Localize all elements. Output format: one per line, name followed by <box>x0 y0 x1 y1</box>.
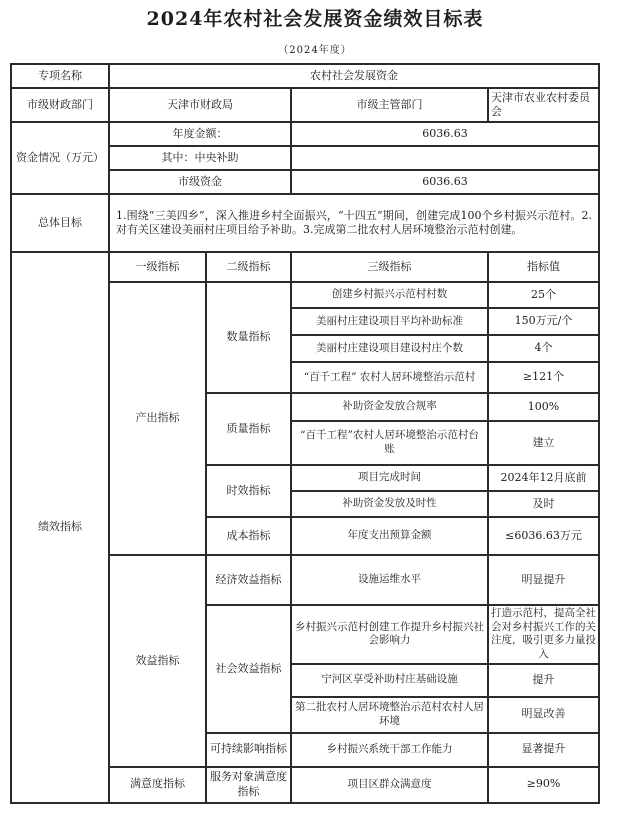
fund-annual-label: 年度金额： <box>109 122 291 146</box>
fund-central-value <box>291 146 599 170</box>
supervisor-dept-value: 天津市农业农村委员会 <box>488 88 599 122</box>
indicator-name: 第二批农村人居环境整治示范村农村人居环境 <box>291 697 488 733</box>
level2-cost: 成本指标 <box>206 517 291 555</box>
indicator-value: 2024年12月底前 <box>488 465 599 491</box>
overall-goal-label: 总体目标 <box>11 194 109 252</box>
level2-sustain: 可持续影响指标 <box>206 733 291 767</box>
indicator-value: ≥90% <box>488 767 599 803</box>
level2-quantity: 数量指标 <box>206 282 291 393</box>
row-departments: 市级财政部门 天津市财政局 市级主管部门 天津市农业农村委员会 <box>11 88 599 122</box>
indicator-name: 美丽村庄建设项目平均补助标准 <box>291 308 488 335</box>
perf-section-label: 绩效指标 <box>11 252 109 803</box>
fund-municipal-value: 6036.63 <box>291 170 599 194</box>
indicator-value: 明显改善 <box>488 697 599 733</box>
page-subtitle: （2024年度） <box>0 41 630 56</box>
indicator-value: 显著提升 <box>488 733 599 767</box>
indicator-value: 建立 <box>488 421 599 465</box>
indicator-value: 4个 <box>488 335 599 362</box>
finance-dept-label: 市级财政部门 <box>11 88 109 122</box>
level1-satisfaction: 满意度指标 <box>109 767 206 803</box>
project-name-value: 农村社会发展资金 <box>109 64 599 88</box>
performance-target-table: 专项名称 农村社会发展资金 市级财政部门 天津市财政局 市级主管部门 天津市农业… <box>10 63 600 804</box>
supervisor-dept-label: 市级主管部门 <box>291 88 488 122</box>
level1-output: 产出指标 <box>109 282 206 555</box>
finance-dept-value: 天津市财政局 <box>109 88 291 122</box>
indicator-name: 补助资金发放及时性 <box>291 491 488 517</box>
level2-timeliness: 时效指标 <box>206 465 291 517</box>
header-level1: 一级指标 <box>109 252 206 282</box>
row-overall-goal: 总体目标 1.围绕“三美四乡”，深入推进乡村全面振兴，“十四五”期间，创建完成1… <box>11 194 599 252</box>
overall-goal-text: 1.围绕“三美四乡”，深入推进乡村全面振兴，“十四五”期间，创建完成100个乡村… <box>109 194 599 252</box>
page-title: 2024年农村社会发展资金绩效目标表 <box>0 4 630 31</box>
indicator-value: 提升 <box>488 664 599 697</box>
indicator-name: 项目区群众满意度 <box>291 767 488 803</box>
indicator-value: 25个 <box>488 282 599 308</box>
fund-central-label: 其中：中央补助 <box>109 146 291 170</box>
row-perf-header: 绩效指标 一级指标 二级指标 三级指标 指标值 <box>11 252 599 282</box>
indicator-name: “百千工程”农村人居环境整治示范村台账 <box>291 421 488 465</box>
indicator-value: 打造示范村，提高全社会对乡村振兴工作的关注度，吸引更多力量投入 <box>488 605 599 664</box>
indicator-name: “百千工程” 农村人居环境整治示范村 <box>291 362 488 393</box>
indicator-value: 150万元/个 <box>488 308 599 335</box>
level2-quality: 质量指标 <box>206 393 291 465</box>
fund-annual-value: 6036.63 <box>291 122 599 146</box>
project-name-label: 专项名称 <box>11 64 109 88</box>
indicator-name: 宁河区享受补助村庄基础设施 <box>291 664 488 697</box>
row-project-name: 专项名称 农村社会发展资金 <box>11 64 599 88</box>
row-fund-annual: 资金情况（万元） 年度金额： 6036.63 <box>11 122 599 146</box>
fund-section-label: 资金情况（万元） <box>11 122 109 194</box>
indicator-value: 100% <box>488 393 599 421</box>
level2-service-satisfaction: 服务对象满意度指标 <box>206 767 291 803</box>
level2-social: 社会效益指标 <box>206 605 291 733</box>
indicator-name: 美丽村庄建设项目建设村庄个数 <box>291 335 488 362</box>
header-level3: 三级指标 <box>291 252 488 282</box>
indicator-name: 创建乡村振兴示范村村数 <box>291 282 488 308</box>
indicator-value: 明显提升 <box>488 555 599 605</box>
level2-economic: 经济效益指标 <box>206 555 291 605</box>
level1-benefit: 效益指标 <box>109 555 206 767</box>
fund-municipal-label: 市级资金 <box>109 170 291 194</box>
indicator-value: ≥121个 <box>488 362 599 393</box>
indicator-name: 年度支出预算金额 <box>291 517 488 555</box>
indicator-name: 补助资金发放合规率 <box>291 393 488 421</box>
indicator-name: 乡村振兴系统干部工作能力 <box>291 733 488 767</box>
header-value: 指标值 <box>488 252 599 282</box>
indicator-value: 及时 <box>488 491 599 517</box>
indicator-name: 设施运维水平 <box>291 555 488 605</box>
indicator-name: 项目完成时间 <box>291 465 488 491</box>
indicator-value: ≤6036.63万元 <box>488 517 599 555</box>
header-level2: 二级指标 <box>206 252 291 282</box>
indicator-name: 乡村振兴示范村创建工作提升乡村振兴社会影响力 <box>291 605 488 664</box>
